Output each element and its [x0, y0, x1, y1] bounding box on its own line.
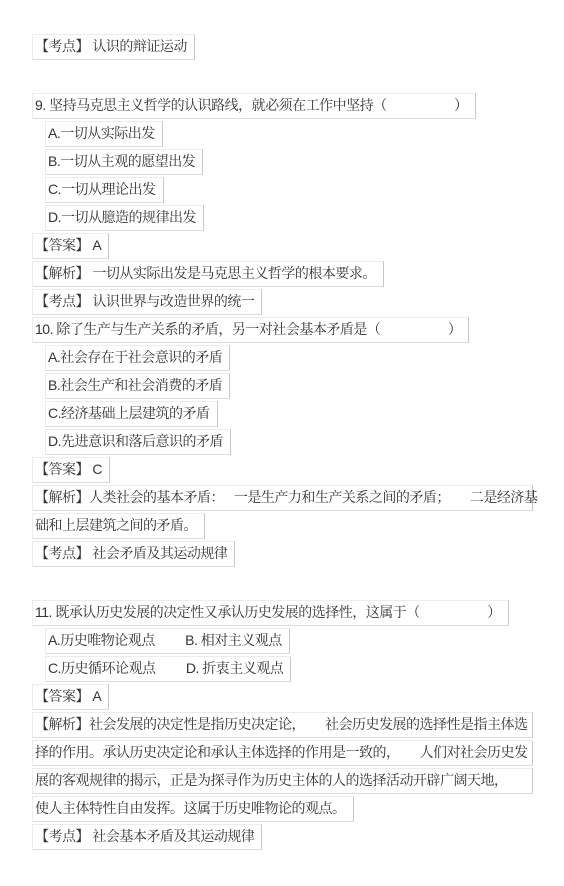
question-9-option-b: B.一切从主观的愿望出发 [45, 149, 203, 175]
question-11-point: 【考点】 社会基本矛盾及其运动规律 [32, 824, 262, 850]
question-11-analysis-2: 择的作用。承认历史决定论和承认主体选择的作用是一致的， 人们对社会历史发 [32, 740, 533, 766]
exam-document-page: 【考点】 认识的辩证运动 9. 坚持马克思主义哲学的认识路线，就必须在工作中坚持… [0, 0, 564, 886]
question-11-answer-line: 【答案】 A [32, 684, 564, 712]
question-11-options-row-1: A.历史唯物论观点 B. 相对主义观点 [32, 628, 564, 656]
question-10-answer-line: 【答案】 C [32, 457, 564, 485]
question-11-analysis-line-2: 择的作用。承认历史决定论和承认主体选择的作用是一致的， 人们对社会历史发 [32, 740, 564, 768]
question-10-point-line: 【考点】 社会矛盾及其运动规律 [32, 541, 564, 569]
question-10-block: 10. 除了生产与生产关系的矛盾，另一对社会基本矛盾是（ ） A.社会存在于社会… [32, 317, 564, 569]
question-9-analysis-line-1: 【解析】 一切从实际出发是马克思主义哲学的根本要求。 [32, 261, 564, 289]
question-10-answer: 【答案】 C [32, 457, 110, 483]
question-10-analysis-line-1: 【解析】人类社会的基本矛盾： 一是生产力和生产关系之间的矛盾； 二是经济基 [32, 485, 564, 513]
question-11-block: 11. 既承认历史发展的决定性又承认历史发展的选择性，这属于（ ） A.历史唯物… [32, 600, 564, 852]
question-9-answer: 【答案】 A [32, 233, 109, 259]
question-11-stem-line: 11. 既承认历史发展的决定性又承认历史发展的选择性，这属于（ ） [32, 600, 564, 628]
question-11-analysis-4: 使人主体特性自由发挥。这属于历史唯物论的观点。 [32, 796, 354, 822]
question-11-options-ab: A.历史唯物论观点 B. 相对主义观点 [45, 628, 290, 654]
question-10-stem: 10. 除了生产与生产关系的矛盾，另一对社会基本矛盾是（ ） [32, 317, 469, 343]
question-10-option-a: A.社会存在于社会意识的矛盾 [45, 345, 230, 371]
question-9-option-d-line: D.一切从臆造的规律出发 [32, 205, 564, 233]
question-9-stem: 9. 坚持马克思主义哲学的认识路线，就必须在工作中坚持（ ） [32, 93, 476, 119]
question-10-stem-line: 10. 除了生产与生产关系的矛盾，另一对社会基本矛盾是（ ） [32, 317, 564, 345]
question-9-option-c: C.一切从理论出发 [45, 177, 164, 203]
question-9-point-line: 【考点】 认识世界与改造世界的统一 [32, 289, 564, 317]
question-11-options-row-2: C.历史循环论观点 D. 折衷主义观点 [32, 656, 564, 684]
question-10-option-b-line: B.社会生产和社会消费的矛盾 [32, 373, 564, 401]
question-9-option-c-line: C.一切从理论出发 [32, 177, 564, 205]
question-10-option-b: B.社会生产和社会消费的矛盾 [45, 373, 230, 399]
question-11-analysis-line-3: 展的客观规律的揭示，正是为探寻作为历史主体的人的选择活动开辟广阔天地， [32, 768, 564, 796]
question-11-stem: 11. 既承认历史发展的决定性又承认历史发展的选择性，这属于（ ） [32, 600, 509, 626]
question-11-analysis-line-1: 【解析】社会发展的决定性是指历史决定论， 社会历史发展的选择性是指主体选 [32, 712, 564, 740]
question-9-point: 【考点】 认识世界与改造世界的统一 [32, 289, 262, 315]
question-10-analysis-line-2: 础和上层建筑之间的矛盾。 [32, 513, 564, 541]
question-9-block: 9. 坚持马克思主义哲学的认识路线，就必须在工作中坚持（ ） A.一切从实际出发… [32, 93, 564, 317]
question-9-analysis: 【解析】 一切从实际出发是马克思主义哲学的根本要求。 [32, 261, 384, 287]
question-10-option-d-line: D.先进意识和落后意识的矛盾 [32, 429, 564, 457]
question-9-answer-line: 【答案】 A [32, 233, 564, 261]
question-11-answer: 【答案】 A [32, 684, 109, 710]
question-9-option-b-line: B.一切从主观的愿望出发 [32, 149, 564, 177]
question-10-option-c: C.经济基础上层建筑的矛盾 [45, 401, 218, 427]
question-10-analysis-2: 础和上层建筑之间的矛盾。 [32, 513, 205, 539]
question-9-option-d: D.一切从臆造的规律出发 [45, 205, 204, 231]
question-10-analysis-1: 【解析】人类社会的基本矛盾： 一是生产力和生产关系之间的矛盾； 二是经济基 [32, 485, 533, 511]
question-10-option-c-line: C.经济基础上层建筑的矛盾 [32, 401, 564, 429]
question-11-point-line: 【考点】 社会基本矛盾及其运动规律 [32, 824, 564, 852]
question-11-analysis-1: 【解析】社会发展的决定性是指历史决定论， 社会历史发展的选择性是指主体选 [32, 712, 533, 738]
point-text-prev: 【考点】 认识的辩证运动 [32, 34, 195, 60]
blank-line [32, 569, 564, 600]
question-10-point: 【考点】 社会矛盾及其运动规律 [32, 541, 235, 567]
question-9-stem-line: 9. 坚持马克思主义哲学的认识路线，就必须在工作中坚持（ ） [32, 93, 564, 121]
previous-question-remnant: 【考点】 认识的辩证运动 [32, 34, 564, 62]
question-11-analysis-3: 展的客观规律的揭示，正是为探寻作为历史主体的人的选择活动开辟广阔天地， [32, 768, 533, 794]
question-9-option-a: A.一切从实际出发 [45, 121, 163, 147]
question-11-options-cd: C.历史循环论观点 D. 折衷主义观点 [45, 656, 291, 682]
question-11-analysis-line-4: 使人主体特性自由发挥。这属于历史唯物论的观点。 [32, 796, 564, 824]
blank-line [32, 62, 564, 93]
question-10-option-a-line: A.社会存在于社会意识的矛盾 [32, 345, 564, 373]
question-10-option-d: D.先进意识和落后意识的矛盾 [45, 429, 231, 455]
point-line-prev: 【考点】 认识的辩证运动 [32, 34, 564, 62]
question-9-option-a-line: A.一切从实际出发 [32, 121, 564, 149]
